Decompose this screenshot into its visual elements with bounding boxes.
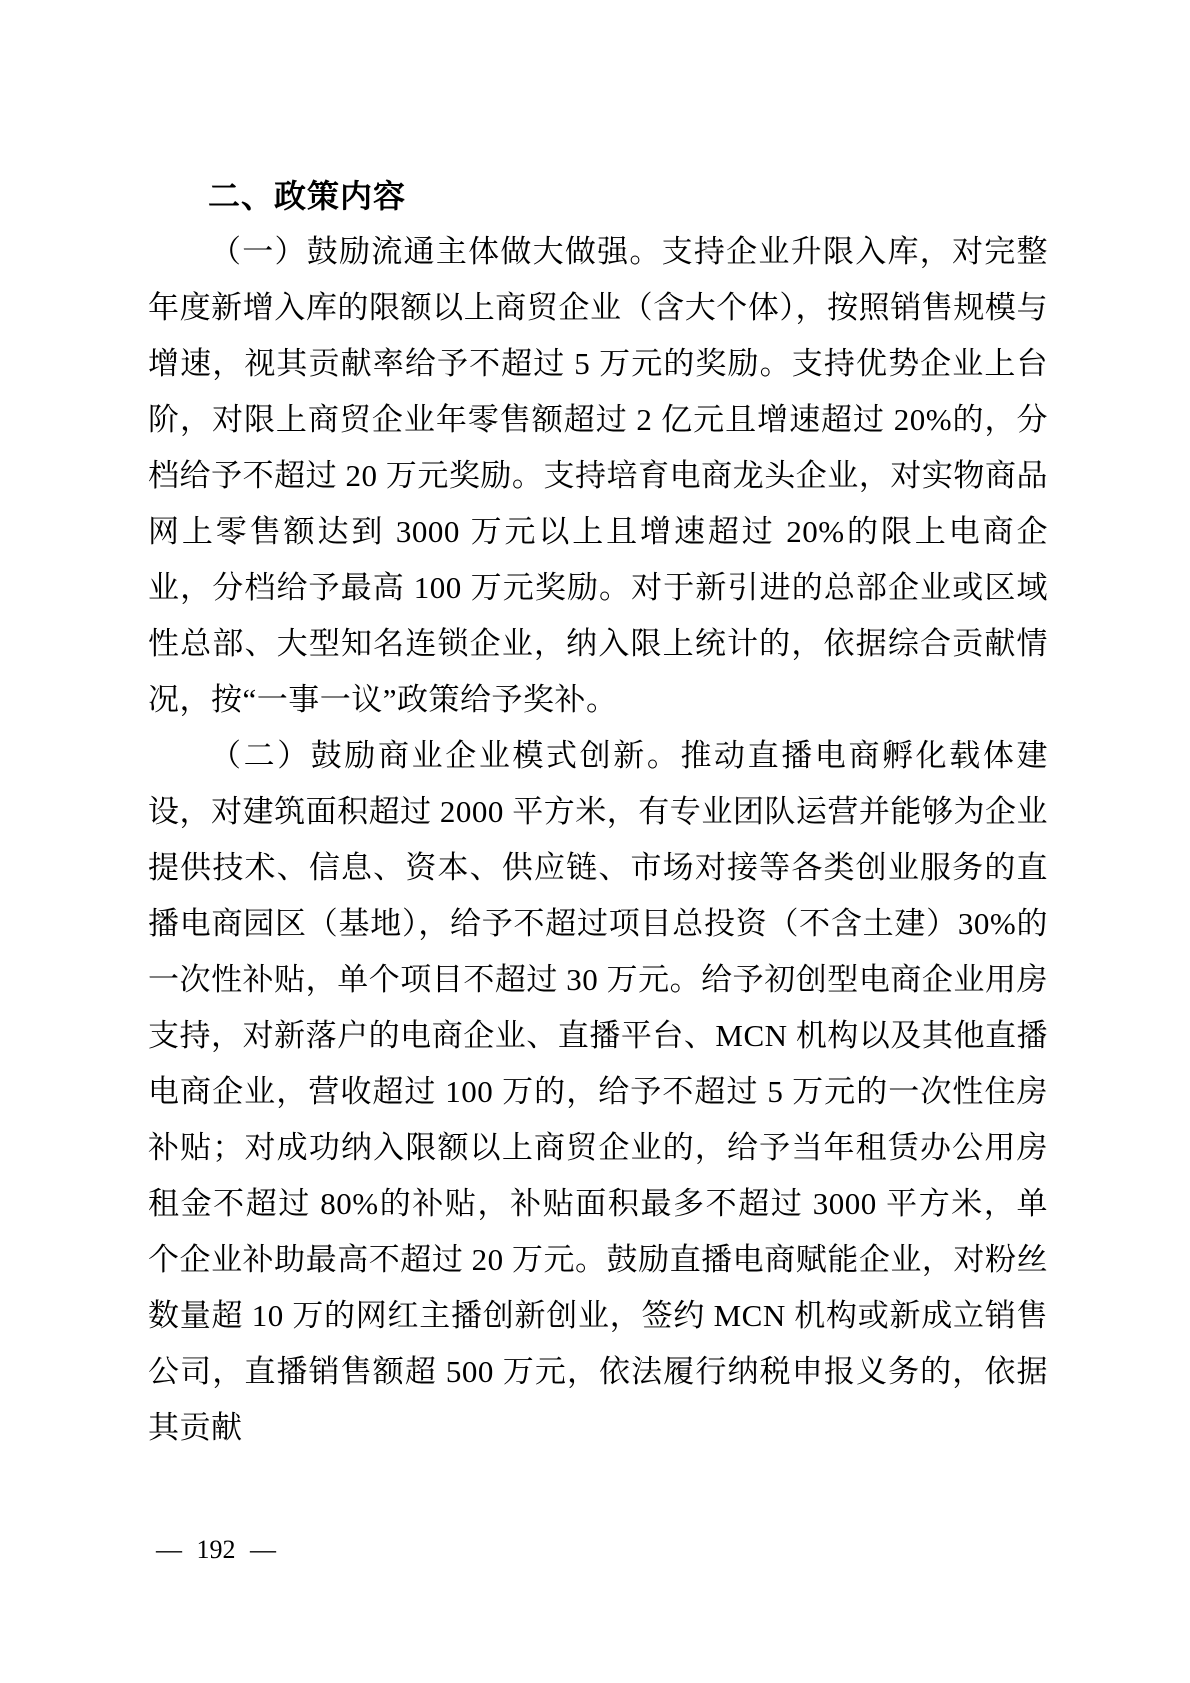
page-footer: — 192 — <box>156 1534 276 1566</box>
section-heading: 二、政策内容 <box>148 168 1048 224</box>
document-content: 二、政策内容 （一）鼓励流通主体做大做强。支持企业升限入库，对完整年度新增入库的… <box>148 168 1048 1456</box>
document-page: 二、政策内容 （一）鼓励流通主体做大做强。支持企业升限入库，对完整年度新增入库的… <box>0 0 1190 1683</box>
policy-paragraph-2: （二）鼓励商业企业模式创新。推动直播电商孵化载体建设，对建筑面积超过 2000 … <box>148 728 1048 1456</box>
policy-paragraph-1: （一）鼓励流通主体做大做强。支持企业升限入库，对完整年度新增入库的限额以上商贸企… <box>148 224 1048 728</box>
page-number: — 192 — <box>156 1535 276 1564</box>
